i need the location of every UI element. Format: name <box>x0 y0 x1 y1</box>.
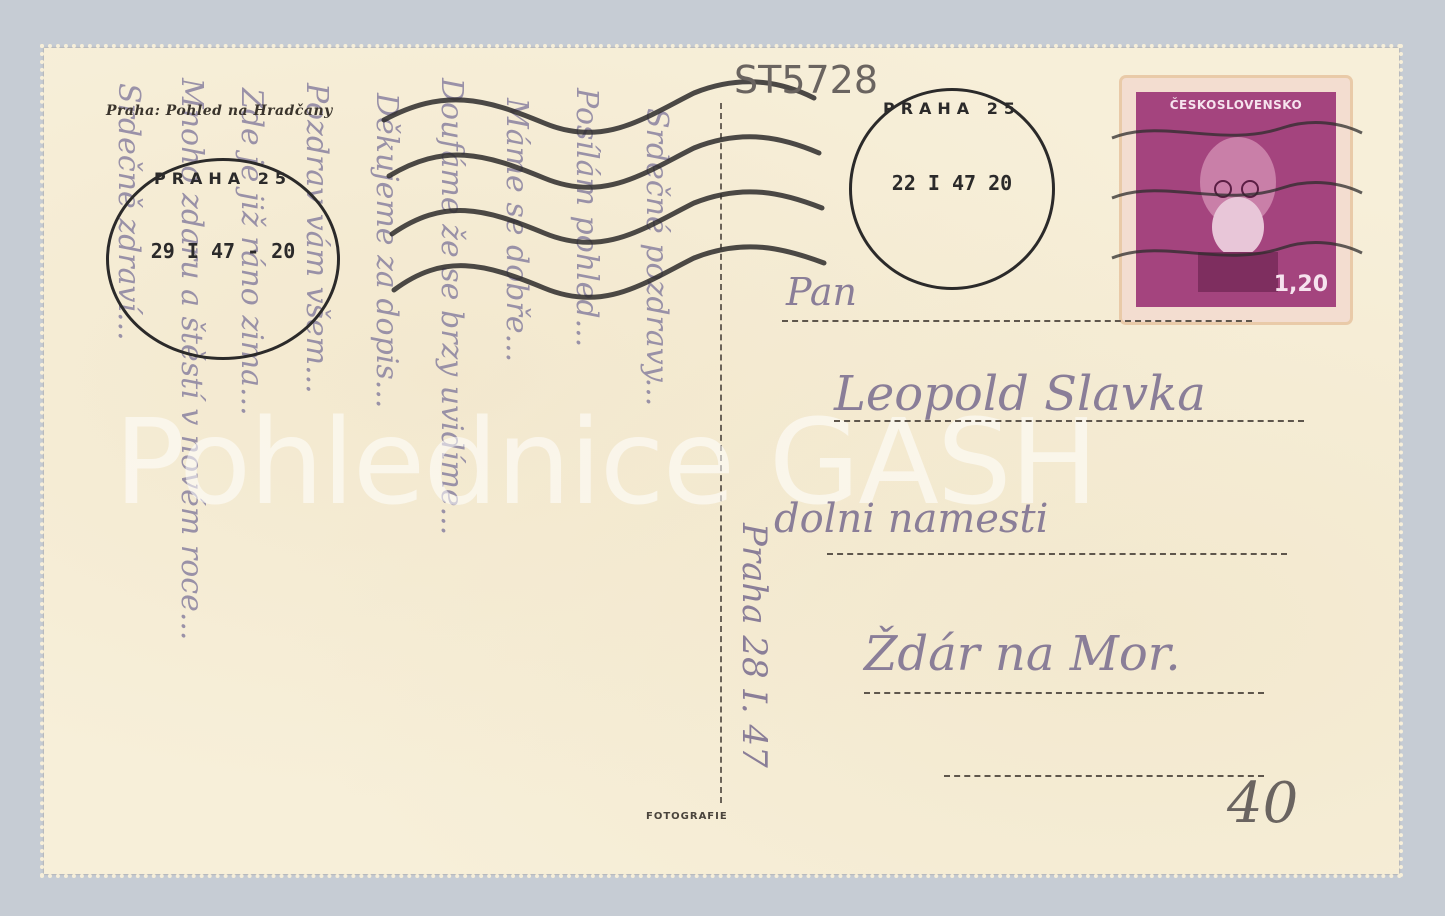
postmark-date: 29 I 47 - 20 <box>109 239 337 263</box>
postmark-city: PRAHA 25 <box>852 99 1052 118</box>
address-name: Leopold Slavka <box>834 366 1206 422</box>
address-line <box>827 553 1287 555</box>
postmark-date: 22 I 47 20 <box>852 171 1052 195</box>
sender-date: Praha 28 I. 47 <box>734 523 774 768</box>
postage-stamp: ČESKOSLOVENSKO 1,20 <box>1122 78 1350 322</box>
postcard-back: Srdečně zdraví... Mnoho zdaru a štěstí v… <box>44 48 1399 874</box>
address-line <box>864 692 1264 694</box>
price-note: 40 <box>1227 771 1298 836</box>
address-line <box>944 775 1264 777</box>
postmark-right: PRAHA 25 22 I 47 20 <box>849 88 1055 290</box>
printer-imprint: FOTOGRAFIE <box>646 811 728 822</box>
address-street: dolni namesti <box>774 496 1048 542</box>
postmark-city: PRAHA 25 <box>109 169 337 188</box>
address-line <box>782 320 1252 322</box>
stamp-cancellation <box>1122 78 1350 322</box>
address-line <box>834 420 1304 422</box>
reference-note: ST5728 <box>734 58 878 102</box>
address-town: Ždár na Mor. <box>864 626 1181 682</box>
address-salutation: Pan <box>786 270 857 314</box>
postmark-left: PRAHA 25 29 I 47 - 20 <box>106 158 340 360</box>
